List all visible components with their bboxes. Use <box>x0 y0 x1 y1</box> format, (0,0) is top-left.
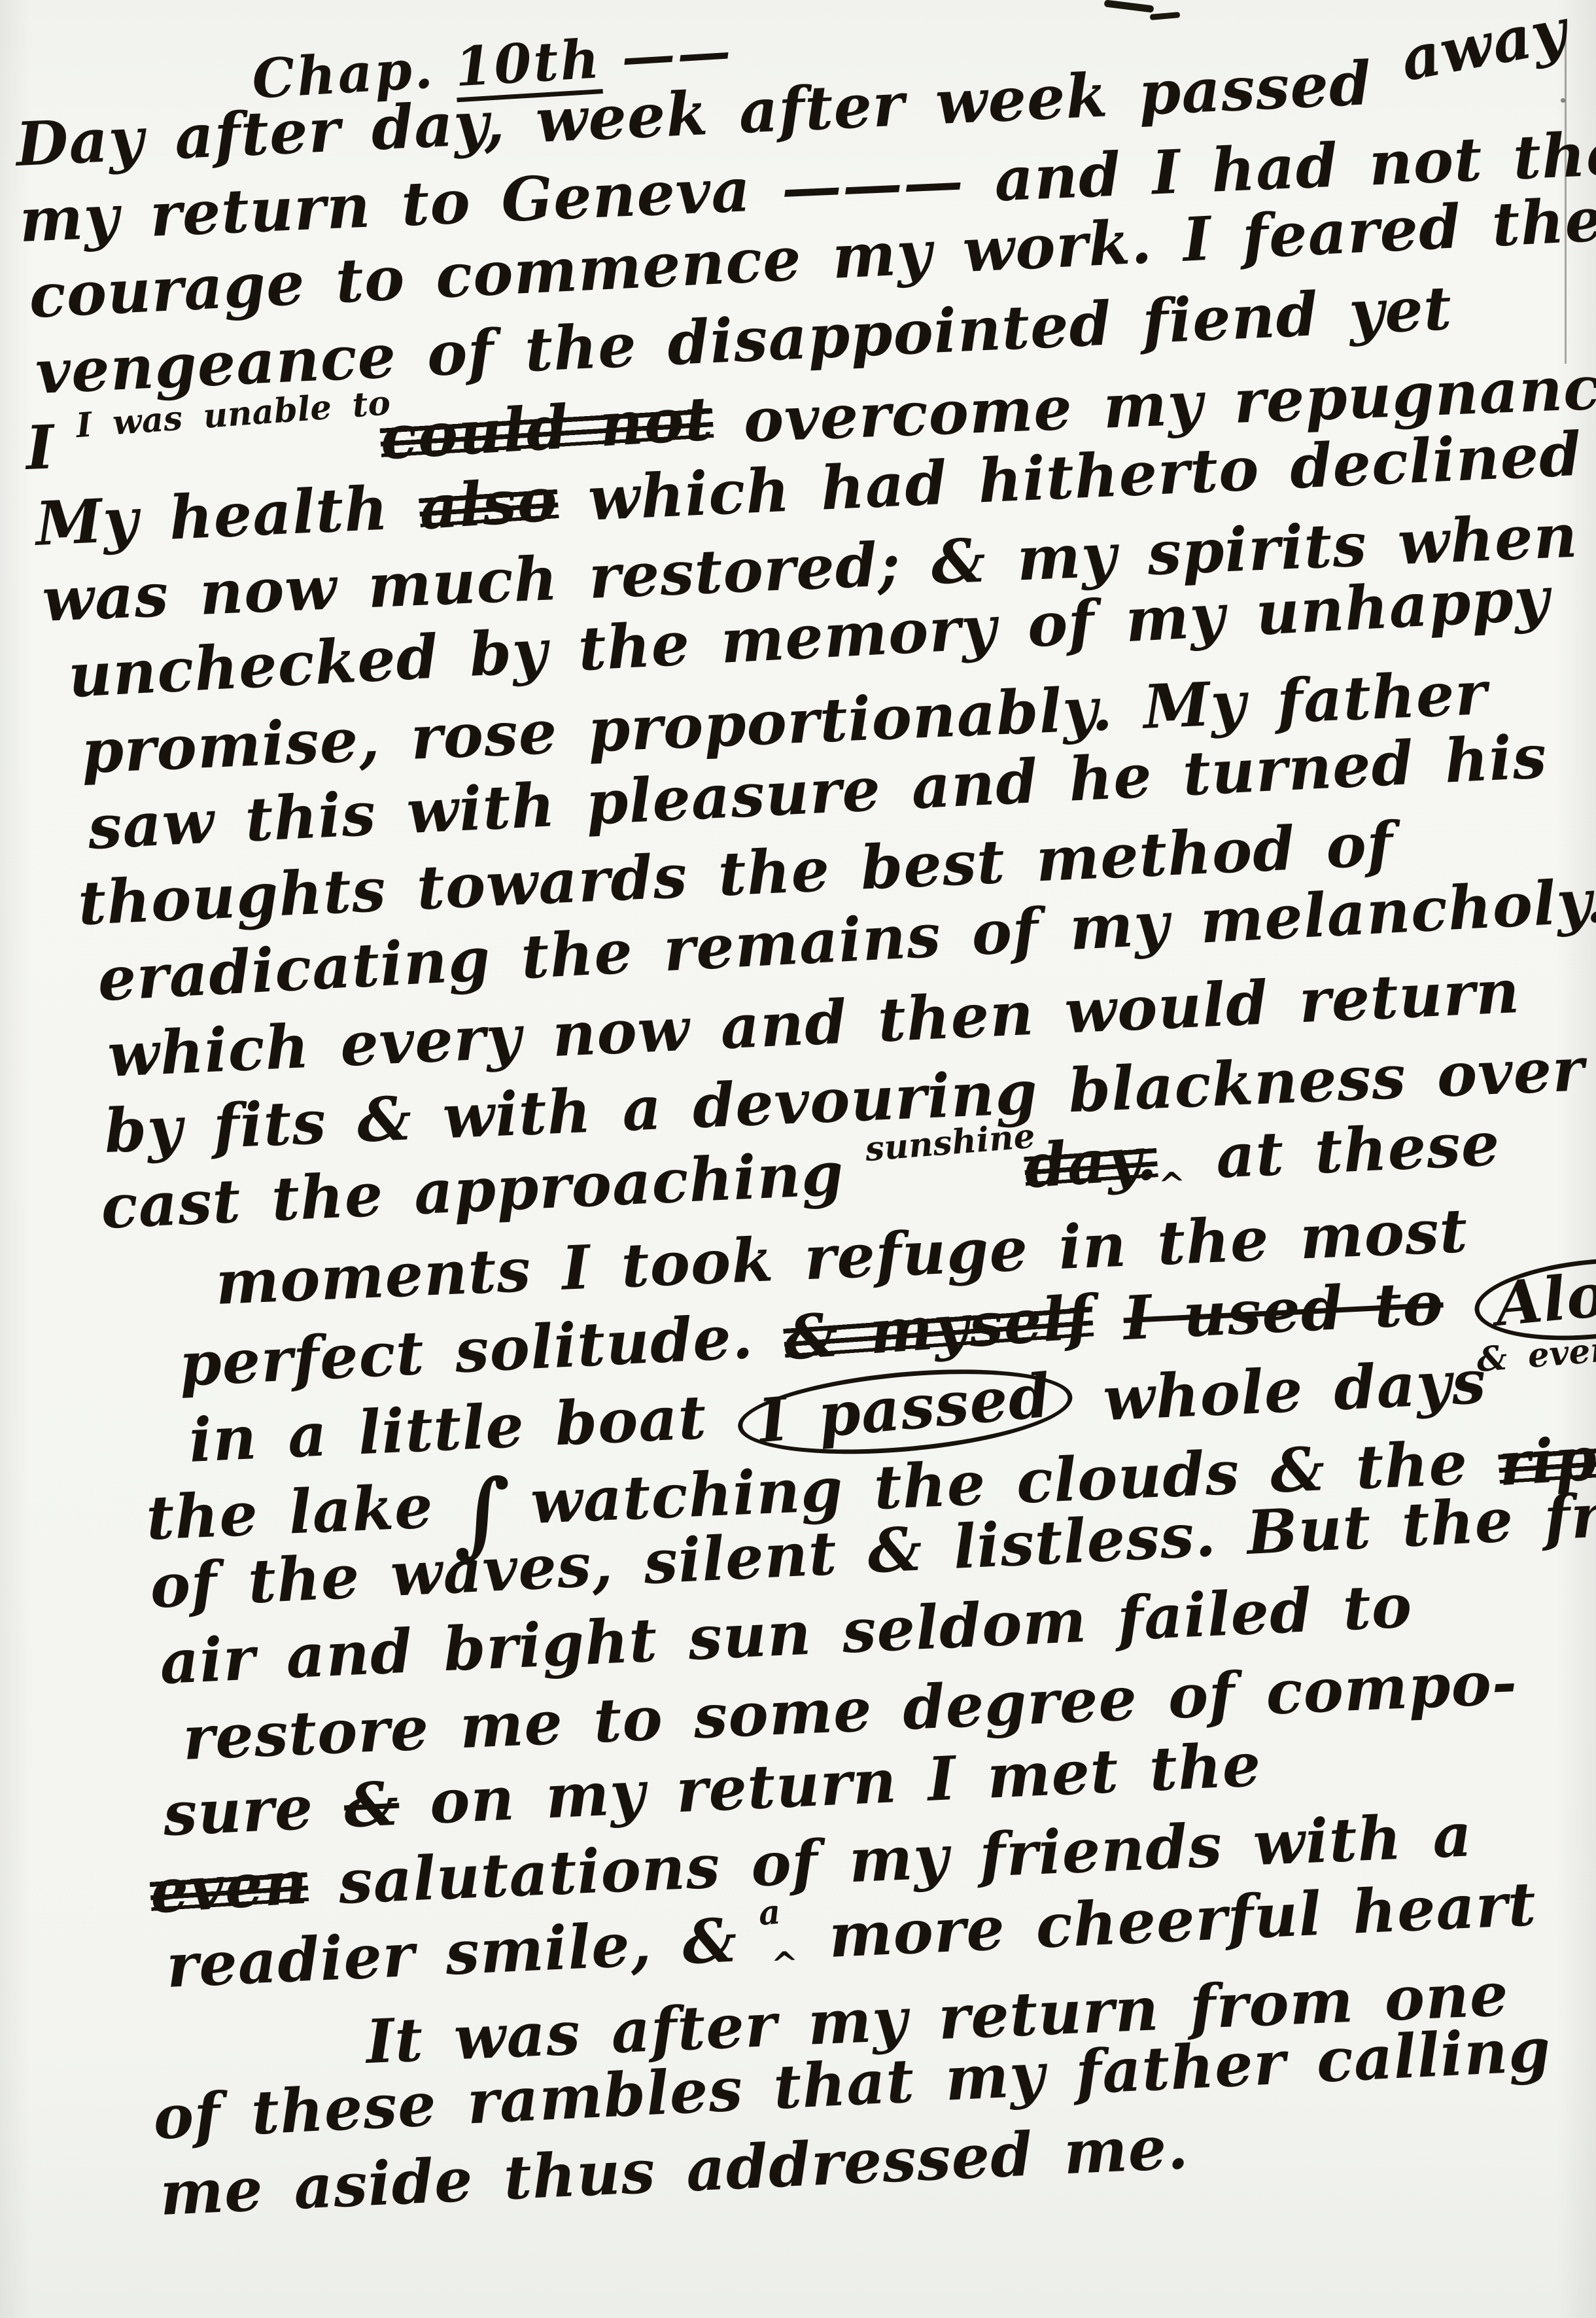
insertion-caret: ^ <box>1157 1167 1187 1202</box>
insertion-caret: ^ <box>770 1946 800 1981</box>
scan-artifact-dot <box>1561 98 1565 103</box>
scribbled-out-word: & myself <box>782 1287 1094 1369</box>
handwritten-text: on <box>1568 33 1596 109</box>
scan-edge-line <box>1565 24 1567 364</box>
handwritten-text: at these <box>1184 1108 1502 1193</box>
handwritten-text: My health <box>34 471 421 559</box>
handwritten-text: sure <box>162 1771 345 1850</box>
manuscript-lines: Day after day, week after week passed aw… <box>0 0 1596 2318</box>
handwritten-text <box>1091 1283 1125 1355</box>
interlinear-insertion: a <box>757 1896 782 1931</box>
rising-addition: away <box>1396 0 1572 90</box>
scribbled-out-word: could not <box>378 388 714 468</box>
handwritten-text <box>1442 1266 1476 1338</box>
manuscript-page: Chap. 10th —— Day after day, week after … <box>0 0 1596 2318</box>
scribbled-out-word: even <box>148 1852 310 1922</box>
scribbled-out-word: day. <box>1022 1128 1159 1197</box>
struck-out-word: I used to <box>1122 1267 1445 1354</box>
scribbled-out-word: also <box>417 469 559 538</box>
struck-out-word: & <box>343 1768 401 1842</box>
